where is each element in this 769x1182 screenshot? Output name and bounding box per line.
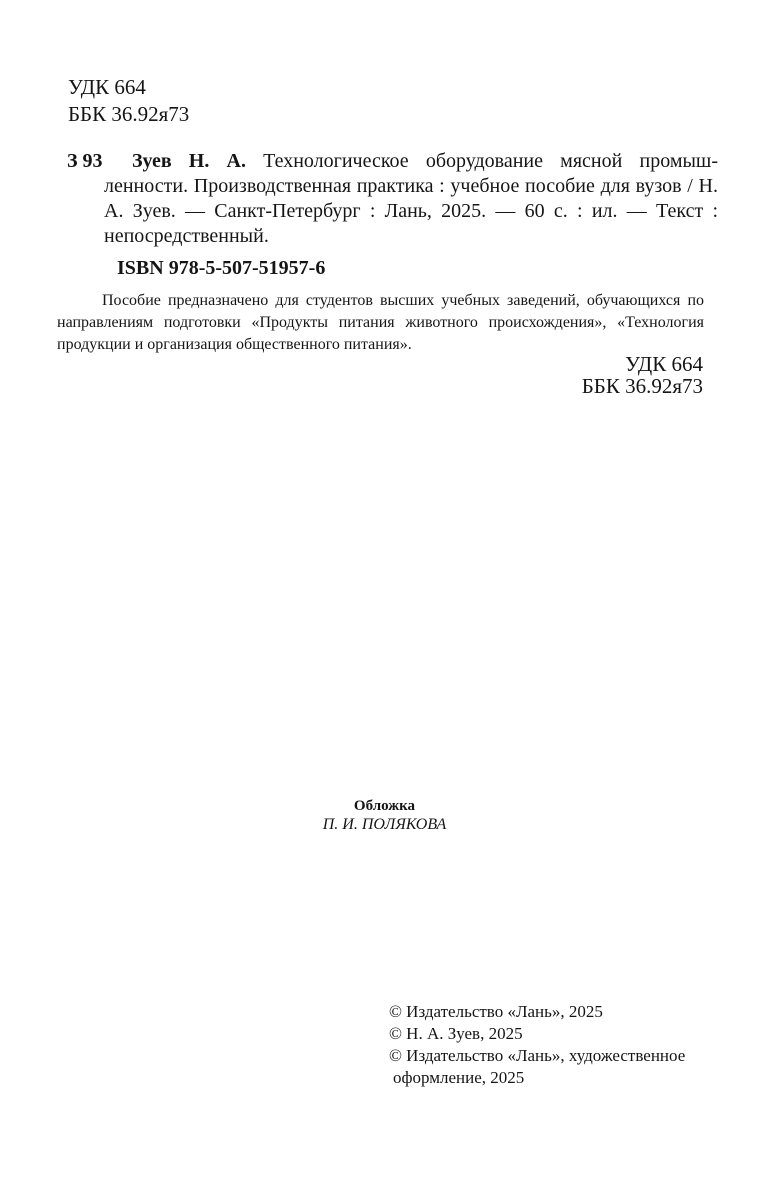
author-name: Зуев Н. А. xyxy=(132,150,246,172)
udc-code-top: УДК 664 xyxy=(68,74,189,101)
bibliographic-record: Зуев Н. А. Технологическое оборудование … xyxy=(104,149,718,249)
cover-credit-title: Обложка xyxy=(0,797,769,815)
classification-codes-right: УДК 664 ББК 36.92я73 xyxy=(582,353,703,397)
catalog-entry: З 93 Зуев Н. А. Технологическое оборудов… xyxy=(104,149,718,249)
copyright-line-continuation: оформление, 2025 xyxy=(389,1067,685,1089)
bbk-code-top: ББК 36.92я73 xyxy=(68,101,189,128)
isbn-line: ISBN 978-5-507-51957-6 xyxy=(117,256,325,281)
annotation-paragraph: Пособие предназначено для студентов высш… xyxy=(57,290,704,356)
copyright-line: © Н. А. Зуев, 2025 xyxy=(389,1023,685,1045)
bbk-code-right: ББК 36.92я73 xyxy=(582,375,703,397)
classification-codes-top: УДК 664 ББК 36.92я73 xyxy=(68,74,189,128)
cover-credit: Обложка П. И. ПОЛЯКОВА xyxy=(0,797,769,834)
copyright-line: © Издательство «Лань», 2025 xyxy=(389,1001,685,1023)
copyright-block: © Издательство «Лань», 2025 © Н. А. Зуев… xyxy=(389,1001,685,1089)
cover-designer-name: П. И. ПОЛЯКОВА xyxy=(0,815,769,834)
author-sign-code: З 93 xyxy=(67,149,103,174)
udc-code-right: УДК 664 xyxy=(582,353,703,375)
copyright-line: © Издательство «Лань», художественное xyxy=(389,1045,685,1067)
book-imprint-page: УДК 664 ББК 36.92я73 З 93 Зуев Н. А. Тех… xyxy=(0,0,769,1182)
